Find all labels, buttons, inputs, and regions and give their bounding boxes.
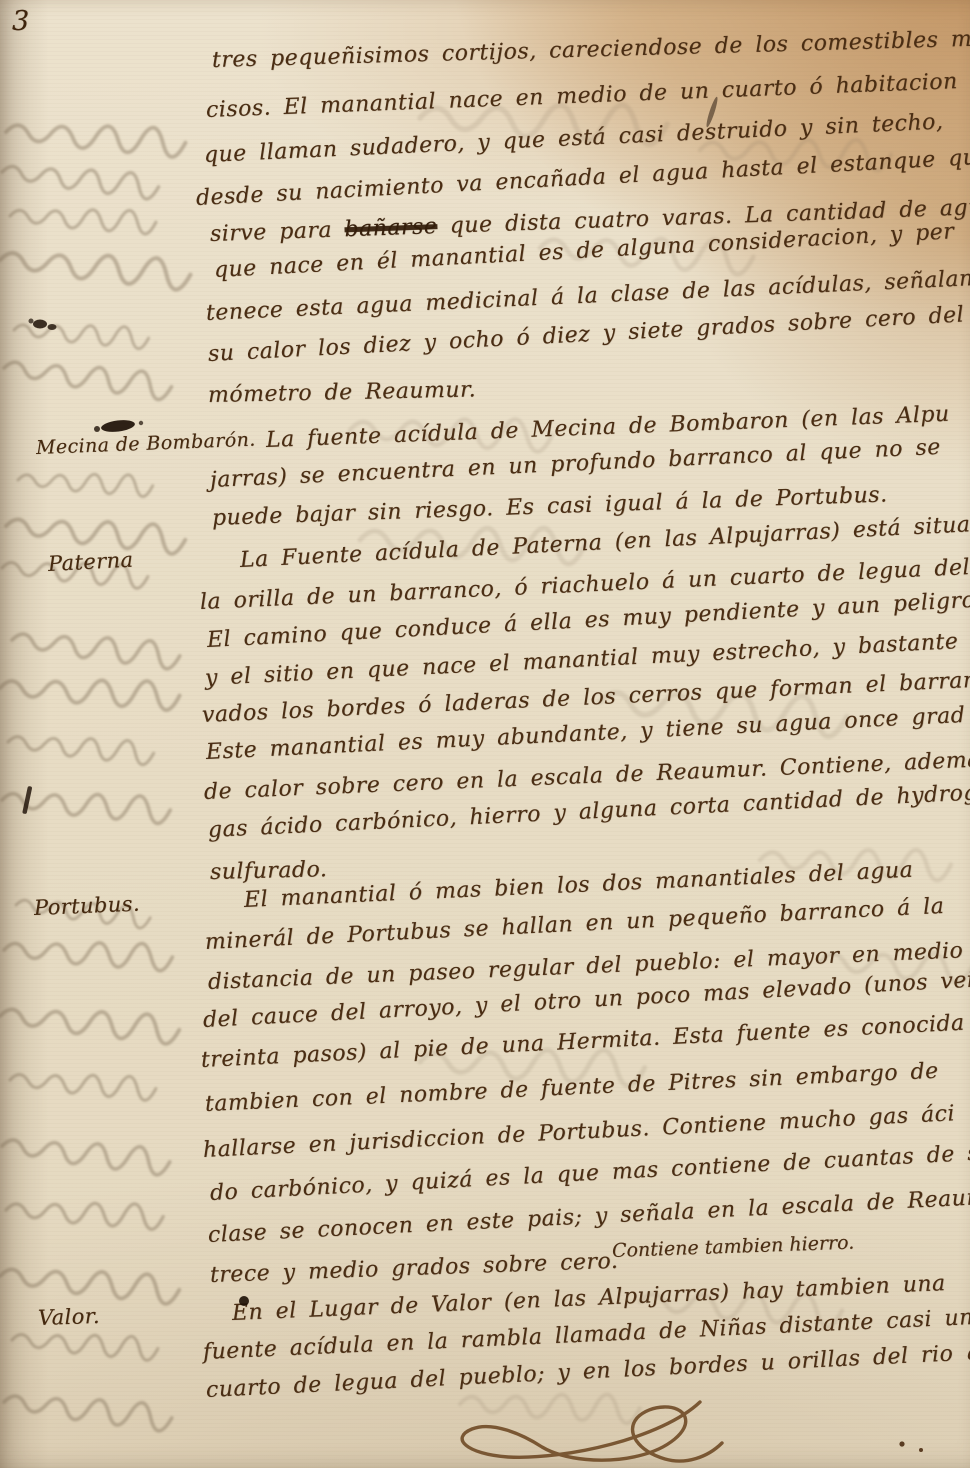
- page-number: 3: [12, 6, 29, 37]
- margin-note-mecina: Mecina de Bombarón.: [36, 429, 256, 459]
- margin-note-valor: Valor.: [38, 1304, 101, 1330]
- manuscript-page: 3 Mecina de Bombarón. Paterna Portubus. …: [0, 0, 970, 1468]
- manuscript-line: trece y medio grados sobre cero.: [210, 1251, 619, 1287]
- interlinear-note: Contiene tambien hierro.: [612, 1232, 855, 1262]
- manuscript-line: tres pequeñisimos cortijos, careciendose…: [212, 27, 970, 72]
- margin-note-portubus: Portubus.: [33, 892, 140, 920]
- manuscript-line: sulfurado.: [210, 859, 328, 884]
- manuscript-line: mómetro de Reaumur.: [208, 379, 477, 407]
- line-segment: sirve para: [210, 217, 345, 247]
- rubric-flourish: [462, 1402, 722, 1461]
- margin-note-paterna: Paterna: [47, 548, 134, 576]
- crossed-out-word: bañarse: [344, 214, 438, 242]
- flourish-dots: [899, 1441, 923, 1452]
